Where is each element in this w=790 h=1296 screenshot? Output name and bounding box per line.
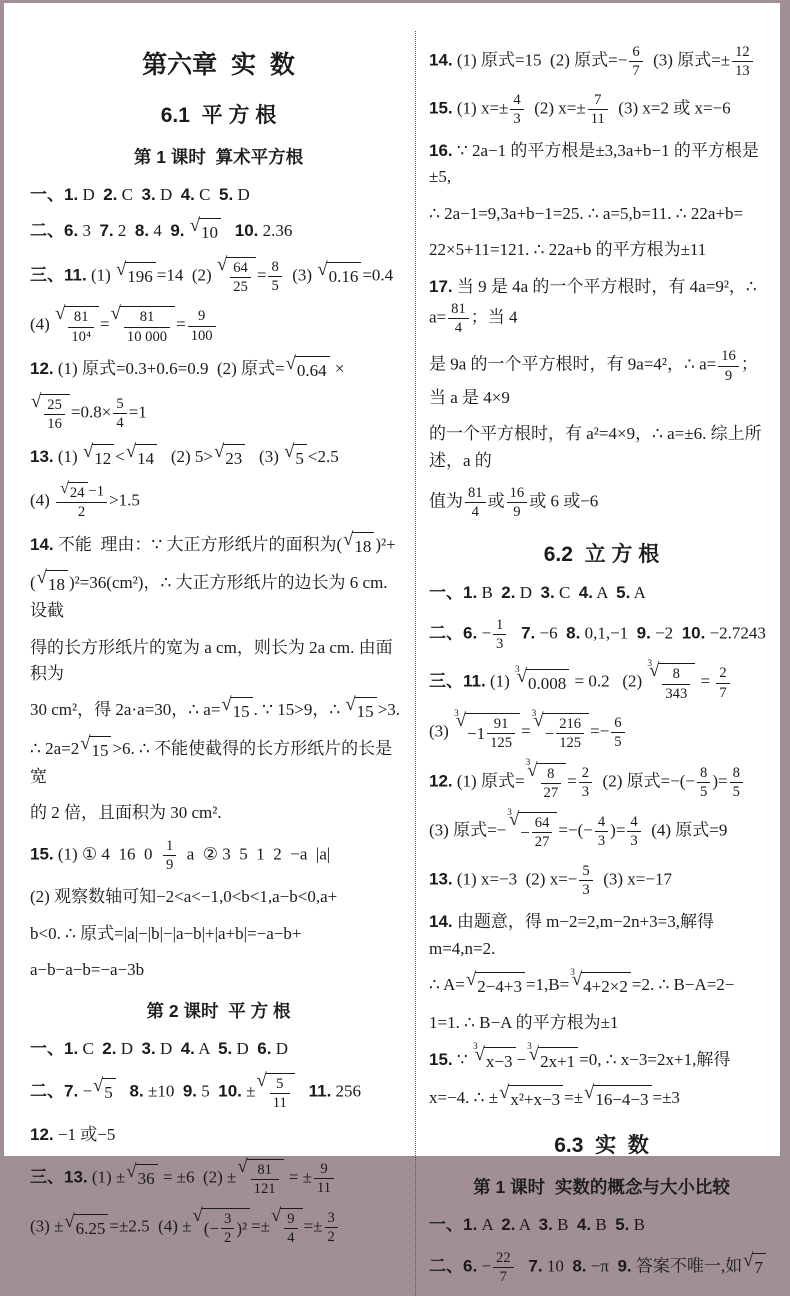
fraction: 9100 (188, 307, 216, 345)
fraction: 8110 000 (124, 308, 170, 346)
square-root-radical: √0.64 (286, 356, 330, 384)
answer-line: 二、6. 3 7. 2 8. 4 9. √10 10. 2.36 (30, 218, 407, 246)
cube-root-radical: 3√x−3 (473, 1047, 516, 1075)
heading-h3: 第 2 课时 平 方 根 (30, 998, 407, 1023)
answer-line: 14. 不能 理由：∵ 大正方形纸片的面积为(√18)²+ (30, 532, 407, 560)
answer-line: b<0. ∴ 原式=|a|−|b|−|a−b|+|a+b|=−a−b+ (30, 921, 407, 947)
fraction: 91125 (487, 715, 515, 753)
square-root-radical: √5 (93, 1078, 116, 1106)
answer-line: 12. −1 或−5 (30, 1122, 407, 1148)
square-root-radical: √23 (214, 444, 245, 472)
fraction: 911 (314, 1160, 334, 1163)
square-root-radical: √6425 (217, 257, 256, 297)
answer-line: 16. ∵ 2a−1 的平方根是±3,3a+b−1 的平方根是±5, (429, 138, 774, 191)
fraction: 169 (507, 484, 528, 522)
answer-line: 三、11. (1) √196=14 (2) √6425=85 (3) √0.16… (30, 257, 407, 297)
square-root-radical: √81121 (237, 1159, 283, 1163)
cube-root-radical: 3√0.008 (515, 669, 569, 697)
fraction: 67 (629, 43, 642, 81)
square-root-radical: √12 (83, 444, 114, 472)
fraction: 169 (718, 347, 739, 385)
heading-h2: 6.1 平 方 根 (30, 99, 407, 129)
fraction: 8110⁴ (68, 308, 94, 346)
square-root-radical: √196 (116, 262, 156, 290)
square-root-radical: √15 (221, 697, 252, 725)
answer-line: √2516=0.8×54=1 (30, 394, 407, 434)
square-root-radical: √18 (343, 532, 374, 560)
answer-line: 三、13. (1) ±√36 = ±6 (2) ±√81121 = ±911 (30, 1159, 407, 1163)
heading-h3: 第 1 课时 算术平方根 (30, 144, 407, 169)
answer-line: 12. (1) 原式=3√827=23 (2) 原式=−(−85)=85 (429, 763, 774, 803)
square-root-radical: √16−4−3 (584, 1085, 651, 1113)
cube-root-radical: 3√4+2×2 (570, 972, 631, 1000)
fraction: 85 (730, 764, 743, 802)
fraction: 814 (465, 484, 486, 522)
fraction: 85 (697, 764, 710, 802)
answer-line: (4) √24−12>1.5 (30, 482, 407, 522)
answer-line: 值为814或169或 6 或−6 (429, 484, 774, 522)
fraction: 43 (595, 813, 608, 851)
fraction: 43 (510, 91, 523, 129)
answer-line: 12. (1) 原式=0.3+0.6=0.9 (2) 原式=√0.64 × (30, 356, 407, 384)
answer-line: 三、11. (1) 3√0.008 = 0.2 (2) 3√8343 = 27 (429, 663, 774, 703)
column-right: 14. (1) 原式=15 (2) 原式=−67 (3) 原式=±121315.… (415, 31, 780, 1163)
answer-line: (3) 原式=−3√−6427=−(−43)=43 (4) 原式=9 (429, 812, 774, 852)
square-root-radical: √15 (80, 736, 111, 764)
answer-line: 二、6. −13 7. −6 8. 0,1,−1 9. −2 10. −2.72… (429, 616, 774, 654)
square-root-radical: √18 (37, 570, 68, 598)
answer-line: 1=1. ∴ B−A 的平方根为±1 (429, 1010, 774, 1036)
answer-line: a−b−a−b=−a−3b (30, 957, 407, 983)
square-root-radical: √0.16 (317, 262, 361, 290)
cube-root-radical: 3√8343 (647, 663, 695, 703)
heading-h2: 6.2 立 方 根 (429, 538, 774, 568)
answer-line: 是 9a 的一个平方根时，有 9a=4²，∴ a=169；当 a 是 4×9 (429, 347, 774, 411)
fraction: 85 (268, 258, 281, 296)
heading-h1: 第六章 实 数 (30, 45, 407, 81)
cube-root-radical: 3√−191125 (454, 713, 520, 753)
answer-line: 一、1. D 2. C 3. D 4. C 5. D (30, 182, 407, 208)
square-root-radical: √x²+x−3 (499, 1085, 563, 1113)
fraction: 54 (113, 395, 126, 433)
fraction: √24−12 (56, 482, 107, 522)
cube-root-radical: 3√−216125 (532, 713, 589, 753)
answer-line: 一、1. C 2. D 3. D 4. A 5. D 6. D (30, 1036, 407, 1062)
answer-line: 22×5+11=121. ∴ 22a+b 的平方根为±11 (429, 237, 774, 263)
fraction: 23 (579, 764, 592, 802)
fraction: 2516 (44, 396, 65, 434)
answer-line: 二、7. −√5 8. ±10 9. 5 10. ±√511 11. 256 (30, 1073, 407, 1113)
square-root-radical: √24 (60, 482, 87, 502)
fraction: 65 (611, 714, 624, 752)
square-root-radical: √511 (257, 1073, 295, 1113)
answer-key-page: 第六章 实 数6.1 平 方 根第 1 课时 算术平方根一、1. D 2. C … (4, 3, 780, 1156)
answer-line: 一、1. B 2. D 3. C 4. A 5. A (429, 580, 774, 606)
answer-line: x=−4. ∴ ±√x²+x−3=±√16−4−3=±3 (429, 1085, 774, 1113)
fraction: 8343 (662, 665, 690, 703)
square-root-radical: √8110 000 (111, 306, 175, 346)
square-root-radical: √2−4+3 (466, 972, 525, 1000)
fraction: 711 (588, 91, 608, 129)
answer-line: (3) 3√−191125=3√−216125=−65 (429, 713, 774, 753)
fraction: 27 (716, 664, 729, 702)
square-root-radical: √14 (126, 444, 157, 472)
answer-line: 14. 由题意，得 m−2=2,m−2n+3=3,解得 m=4,n=2. (429, 909, 774, 962)
answer-line: 15. (1) x=±43 (2) x=±711 (3) x=2 或 x=−6 (429, 91, 774, 129)
answer-line: 得的长方形纸片的宽为 a cm，则长为 2a cm. 由面积为 (30, 635, 407, 688)
fraction: 53 (579, 862, 592, 900)
square-root-radical: √5 (284, 444, 307, 472)
column-left: 第六章 实 数6.1 平 方 根第 1 课时 算术平方根一、1. D 2. C … (4, 31, 415, 1163)
fraction: 6427 (532, 814, 553, 852)
fraction: 13 (493, 616, 506, 654)
answer-line: (4) √8110⁴=√8110 000=9100 (30, 306, 407, 346)
answer-line: (2) 观察数轴可知−2<a<−1,0<b<1,a−b<0,a+ (30, 884, 407, 910)
answer-line: 30 cm²，得 2a·a=30，∴ a=√15. ∵ 15>9，∴ √15>3… (30, 697, 407, 725)
answer-line: (√18)²=36(cm²)，∴ 大正方形纸片的边长为 6 cm. 设截 (30, 570, 407, 625)
square-root-radical: √8110⁴ (55, 306, 99, 346)
answer-line: 13. (1) x=−3 (2) x=−53 (3) x=−17 (429, 862, 774, 900)
cube-root-radical: 3√2x+1 (527, 1047, 578, 1075)
answer-line: 13. (1) √12<√14 (2) 5>√23 (3) √5<2.5 (30, 444, 407, 472)
fraction: 19 (163, 837, 176, 875)
answer-line: 17. 当 9 是 4a 的一个平方根时，有 4a=9²，∴ a=814；当 4 (429, 274, 774, 338)
fraction: 827 (541, 765, 562, 803)
square-root-radical: √10 (190, 218, 221, 246)
fraction: 1213 (732, 43, 753, 81)
square-root-radical: √2516 (31, 394, 70, 434)
answer-line: 15. (1) ① 4 16 0 19 a ② 3 5 1 2 −a |a| (30, 837, 407, 875)
cube-root-radical: 3√827 (526, 763, 567, 803)
fraction: 511 (270, 1075, 290, 1113)
answer-line: 的 2 倍，且面积为 30 cm². (30, 800, 407, 826)
square-root-radical: √15 (345, 697, 376, 725)
heading-h2: 6.3 实 数 (429, 1129, 774, 1159)
answer-line: ∴ 2a=2√15>6. ∴ 不能使截得的长方形纸片的长是宽 (30, 736, 407, 791)
answer-line: 15. ∵ 3√x−3−3√2x+1=0, ∴ x−3=2x+1,解得 (429, 1047, 774, 1075)
fraction: 216125 (556, 715, 584, 753)
two-column-layout: 第六章 实 数6.1 平 方 根第 1 课时 算术平方根一、1. D 2. C … (4, 31, 780, 1163)
cube-root-radical: 3√−6427 (507, 812, 557, 852)
fraction: 43 (627, 813, 640, 851)
fraction: 814 (448, 300, 469, 338)
answer-line: 的一个平方根时，有 a²=4×9，∴ a=±6. 综上所述，a 的 (429, 421, 774, 474)
answer-line: 14. (1) 原式=15 (2) 原式=−67 (3) 原式=±1213 (429, 43, 774, 81)
answer-line: ∴ A=√2−4+3=1,B=3√4+2×2=2. ∴ B−A=2− (429, 972, 774, 1000)
fraction: 6425 (230, 259, 251, 297)
answer-line: ∴ 2a−1=9,3a+b−1=25. ∴ a=5,b=11. ∴ 22a+b= (429, 201, 774, 227)
